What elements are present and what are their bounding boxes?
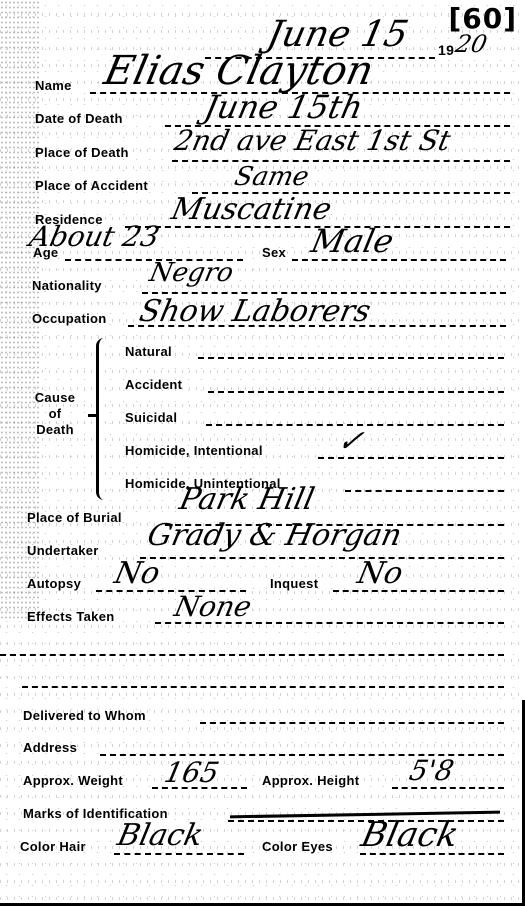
place-of-burial-value: Park Hill	[176, 482, 317, 517]
approx-height-label: Approx. Height	[262, 773, 359, 788]
blank-line-1	[0, 654, 504, 656]
delivered-to-whom-line	[200, 722, 504, 724]
cause-line-2: of	[30, 406, 80, 422]
date-of-death-value: June 15th	[201, 88, 366, 126]
place-of-death-line	[172, 160, 510, 162]
occupation-value: Show Laborers	[136, 294, 374, 329]
cause-accident-label: Accident	[125, 377, 182, 392]
sex-label: Sex	[262, 245, 286, 260]
residence-value: Muscatine	[168, 192, 334, 227]
cause-homicide-intentional-label: Homicide, Intentional	[125, 443, 263, 458]
cause-natural-label: Natural	[125, 344, 172, 359]
year-suffix: 20	[453, 30, 489, 58]
date-of-death-label: Date of Death	[35, 111, 123, 126]
undertaker-value: Grady & Horgan	[144, 518, 405, 553]
cause-line-3: Death	[30, 422, 80, 438]
address-label: Address	[23, 740, 77, 755]
approx-height-line	[392, 787, 504, 789]
delivered-to-whom-label: Delivered to Whom	[23, 708, 146, 723]
cause-of-death-heading: Cause of Death	[30, 390, 80, 438]
occupation-label: Occupation	[32, 311, 107, 326]
autopsy-value: No	[111, 556, 163, 591]
color-eyes-label: Color Eyes	[262, 839, 333, 854]
cause-homicide-unintentional-line	[345, 490, 504, 492]
place-of-accident-label: Place of Accident	[35, 178, 148, 193]
cause-accident-line	[208, 391, 504, 393]
approx-height-value: 5'8	[406, 754, 456, 787]
cause-natural-line	[198, 357, 504, 359]
undertaker-label: Undertaker	[27, 543, 99, 558]
place-of-death-label: Place of Death	[35, 145, 129, 160]
place-of-death-value: 2nd ave East 1st St	[171, 124, 453, 157]
autopsy-label: Autopsy	[27, 576, 81, 591]
approx-weight-value: 165	[161, 756, 221, 789]
sex-value: Male	[308, 222, 397, 260]
scan-noise-left-edge	[0, 0, 40, 620]
place-of-accident-value: Same	[232, 162, 312, 192]
blank-line-2	[22, 686, 504, 688]
age-value: About 23	[26, 220, 162, 253]
cause-line-1: Cause	[30, 390, 80, 406]
cause-brace-tip	[88, 414, 98, 423]
inquest-label: Inquest	[270, 576, 318, 591]
color-hair-line	[114, 853, 244, 855]
nationality-value: Negro	[147, 258, 236, 288]
inquest-value: No	[354, 556, 406, 591]
undertaker-line	[140, 557, 504, 559]
color-hair-value: Black	[114, 818, 206, 853]
year-prefix: 19	[438, 42, 454, 58]
place-of-burial-label: Place of Burial	[27, 510, 122, 525]
homicide-intentional-checkmark: ✓	[334, 424, 367, 459]
color-hair-label: Color Hair	[20, 839, 86, 854]
nationality-label: Nationality	[32, 278, 102, 293]
color-eyes-value: Black	[358, 815, 462, 855]
name-label: Name	[35, 78, 72, 93]
effects-taken-label: Effects Taken	[27, 609, 114, 624]
approx-weight-label: Approx. Weight	[23, 773, 123, 788]
cause-suicidal-label: Suicidal	[125, 410, 177, 425]
effects-taken-value: None	[171, 590, 254, 623]
